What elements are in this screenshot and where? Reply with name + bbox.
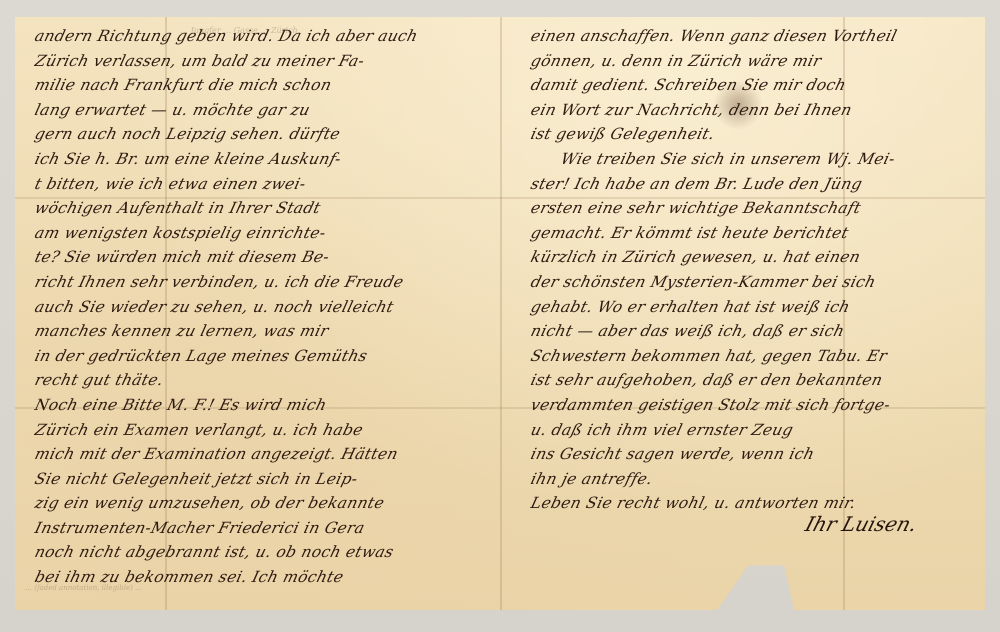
text-line: ist gewiß Gelegenheit. <box>528 122 984 147</box>
text-line: ihn je antreffe. <box>528 467 984 492</box>
text-line: richt Ihnen sehr verbinden, u. ich die F… <box>32 270 493 295</box>
text-line: noch nicht abgebrannt ist, u. ob noch et… <box>32 540 493 565</box>
right-page: einen anschaffen. Wenn ganz diesen Vorth… <box>528 24 978 516</box>
text-line: gönnen, u. denn in Zürich wäre mir <box>528 49 984 74</box>
text-line: Wie treiben Sie sich in unserem Wj. Mei- <box>528 147 984 172</box>
text-line: zig ein wenig umzusehen, ob der bekannte <box>32 491 493 516</box>
text-line: lang erwartet — u. möchte gar zu <box>32 98 493 123</box>
text-line: gemacht. Er kömmt ist heute berichtet <box>528 221 984 246</box>
text-line: te? Sie würden mich mit diesem Be- <box>32 245 493 270</box>
signature: Ihr Luisen. <box>803 512 920 536</box>
text-line: ins Gesicht sagen werde, wenn ich <box>528 442 984 467</box>
faint-footer-annotation: … (faded annotation, illegible) … <box>25 583 495 593</box>
text-line: damit gedient. Schreiben Sie mir doch <box>528 73 984 98</box>
text-line: in der gedrückten Lage meines Gemüths <box>32 344 493 369</box>
text-line: manches kennen zu lernen, was mir <box>32 319 493 344</box>
text-line: Noch eine Bitte M. F.! Es wird mich <box>32 393 493 418</box>
left-page: andern Richtung geben wird. Da ich aber … <box>32 24 487 590</box>
text-line: recht gut thäte. <box>32 368 493 393</box>
text-line: gern auch noch Leipzig sehen. dürfte <box>32 122 493 147</box>
text-line: kürzlich in Zürich gewesen, u. hat einen <box>528 245 984 270</box>
text-line: mich mit der Examination angezeigt. Hätt… <box>32 442 493 467</box>
center-fold-line <box>500 17 502 610</box>
text-line: ster! Ich habe an dem Br. Lude den Jüng <box>528 172 984 197</box>
text-line: Sie nicht Gelegenheit jetzt sich in Leip… <box>32 467 493 492</box>
text-line: ein Wort zur Nachricht, denn bei Ihnen <box>528 98 984 123</box>
text-line: andern Richtung geben wird. Da ich aber … <box>32 24 493 49</box>
text-line: auch Sie wieder zu sehen, u. noch vielle… <box>32 295 493 320</box>
text-line: einen anschaffen. Wenn ganz diesen Vorth… <box>528 24 984 49</box>
text-line: nicht — aber das weiß ich, daß er sich <box>528 319 984 344</box>
text-line: Zürich verlassen, um bald zu meiner Fa- <box>32 49 493 74</box>
text-line: der schönsten Mysterien-Kammer bei sich <box>528 270 984 295</box>
text-line: Zürich ein Examen verlangt, u. ich habe <box>32 418 493 443</box>
text-line: gehabt. Wo er erhalten hat ist weiß ich <box>528 295 984 320</box>
text-line: Schwestern bekommen hat, gegen Tabu. Er <box>528 344 984 369</box>
text-line: u. daß ich ihm viel ernster Zeug <box>528 418 984 443</box>
text-line: ich Sie h. Br. um eine kleine Auskunf- <box>32 147 493 172</box>
text-line: ersten eine sehr wichtige Bekanntschaft <box>528 196 984 221</box>
text-line: ist sehr aufgehoben, daß er den bekannte… <box>528 368 984 393</box>
text-line: t bitten, wie ich etwa einen zwei- <box>32 172 493 197</box>
text-line: Instrumenten-Macher Friederici in Gera <box>32 516 493 541</box>
text-line: verdammten geistigen Stolz mit sich fort… <box>528 393 984 418</box>
text-line: wöchigen Aufenthalt in Ihrer Stadt <box>32 196 493 221</box>
text-line: am wenigsten kostspielig einrichte- <box>32 221 493 246</box>
text-line: milie nach Frankfurt die mich schon <box>32 73 493 98</box>
